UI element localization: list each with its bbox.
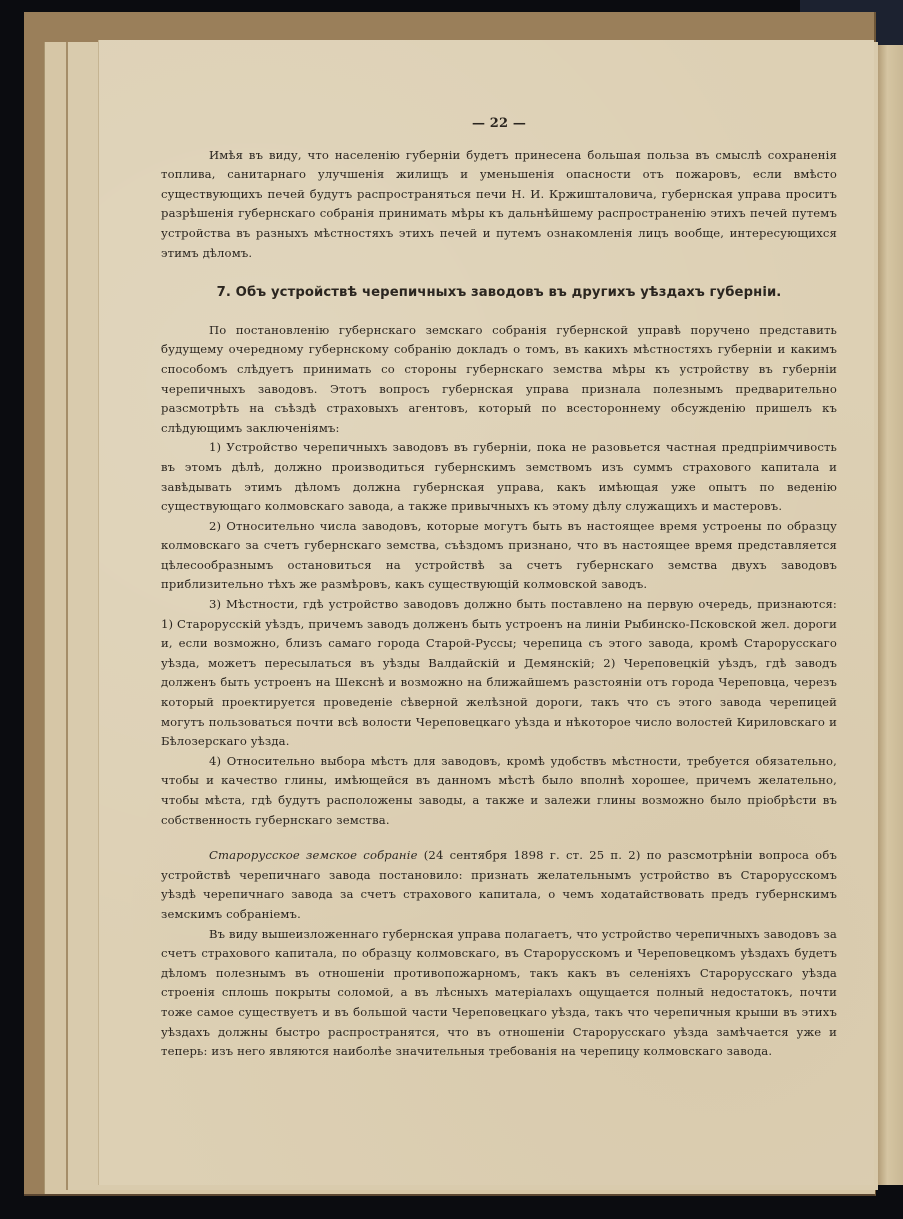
next-page-edge — [877, 45, 903, 1185]
assembly-name: Старорусское земское собраніе — [209, 848, 418, 862]
section-heading: 7. Объ устройствѣ черепичныхъ заводовъ в… — [161, 283, 837, 303]
paragraph-gap — [161, 830, 837, 846]
point-4: 4) Относительно выбора мѣстъ для заводов… — [161, 752, 837, 830]
paragraph-conclusion: Въ виду вышеизложеннаго губернская управ… — [161, 925, 837, 1062]
page-number: — 22 — — [161, 114, 837, 134]
scanned-book-photo: — 22 — Имѣя въ виду, что населенію губер… — [0, 0, 903, 1219]
paragraph-staraya-russa: Старорусское земское собраніе (24 сентяб… — [161, 846, 837, 924]
paragraph-intro: Имѣя въ виду, что населенію губерніи буд… — [161, 146, 837, 264]
point-3: 3) Мѣстности, гдѣ устройство заводовъ до… — [161, 595, 837, 752]
point-2: 2) Относительно числа заводовъ, которые … — [161, 517, 837, 595]
paragraph-resolution: По постановленію губернскаго земскаго со… — [161, 321, 837, 439]
page-text-block: — 22 — Имѣя въ виду, что населенію губер… — [161, 114, 837, 1062]
book-page: — 22 — Имѣя въ виду, что населенію губер… — [98, 40, 874, 1185]
point-1: 1) Устройство черепичныхъ заводовъ въ гу… — [161, 438, 837, 516]
